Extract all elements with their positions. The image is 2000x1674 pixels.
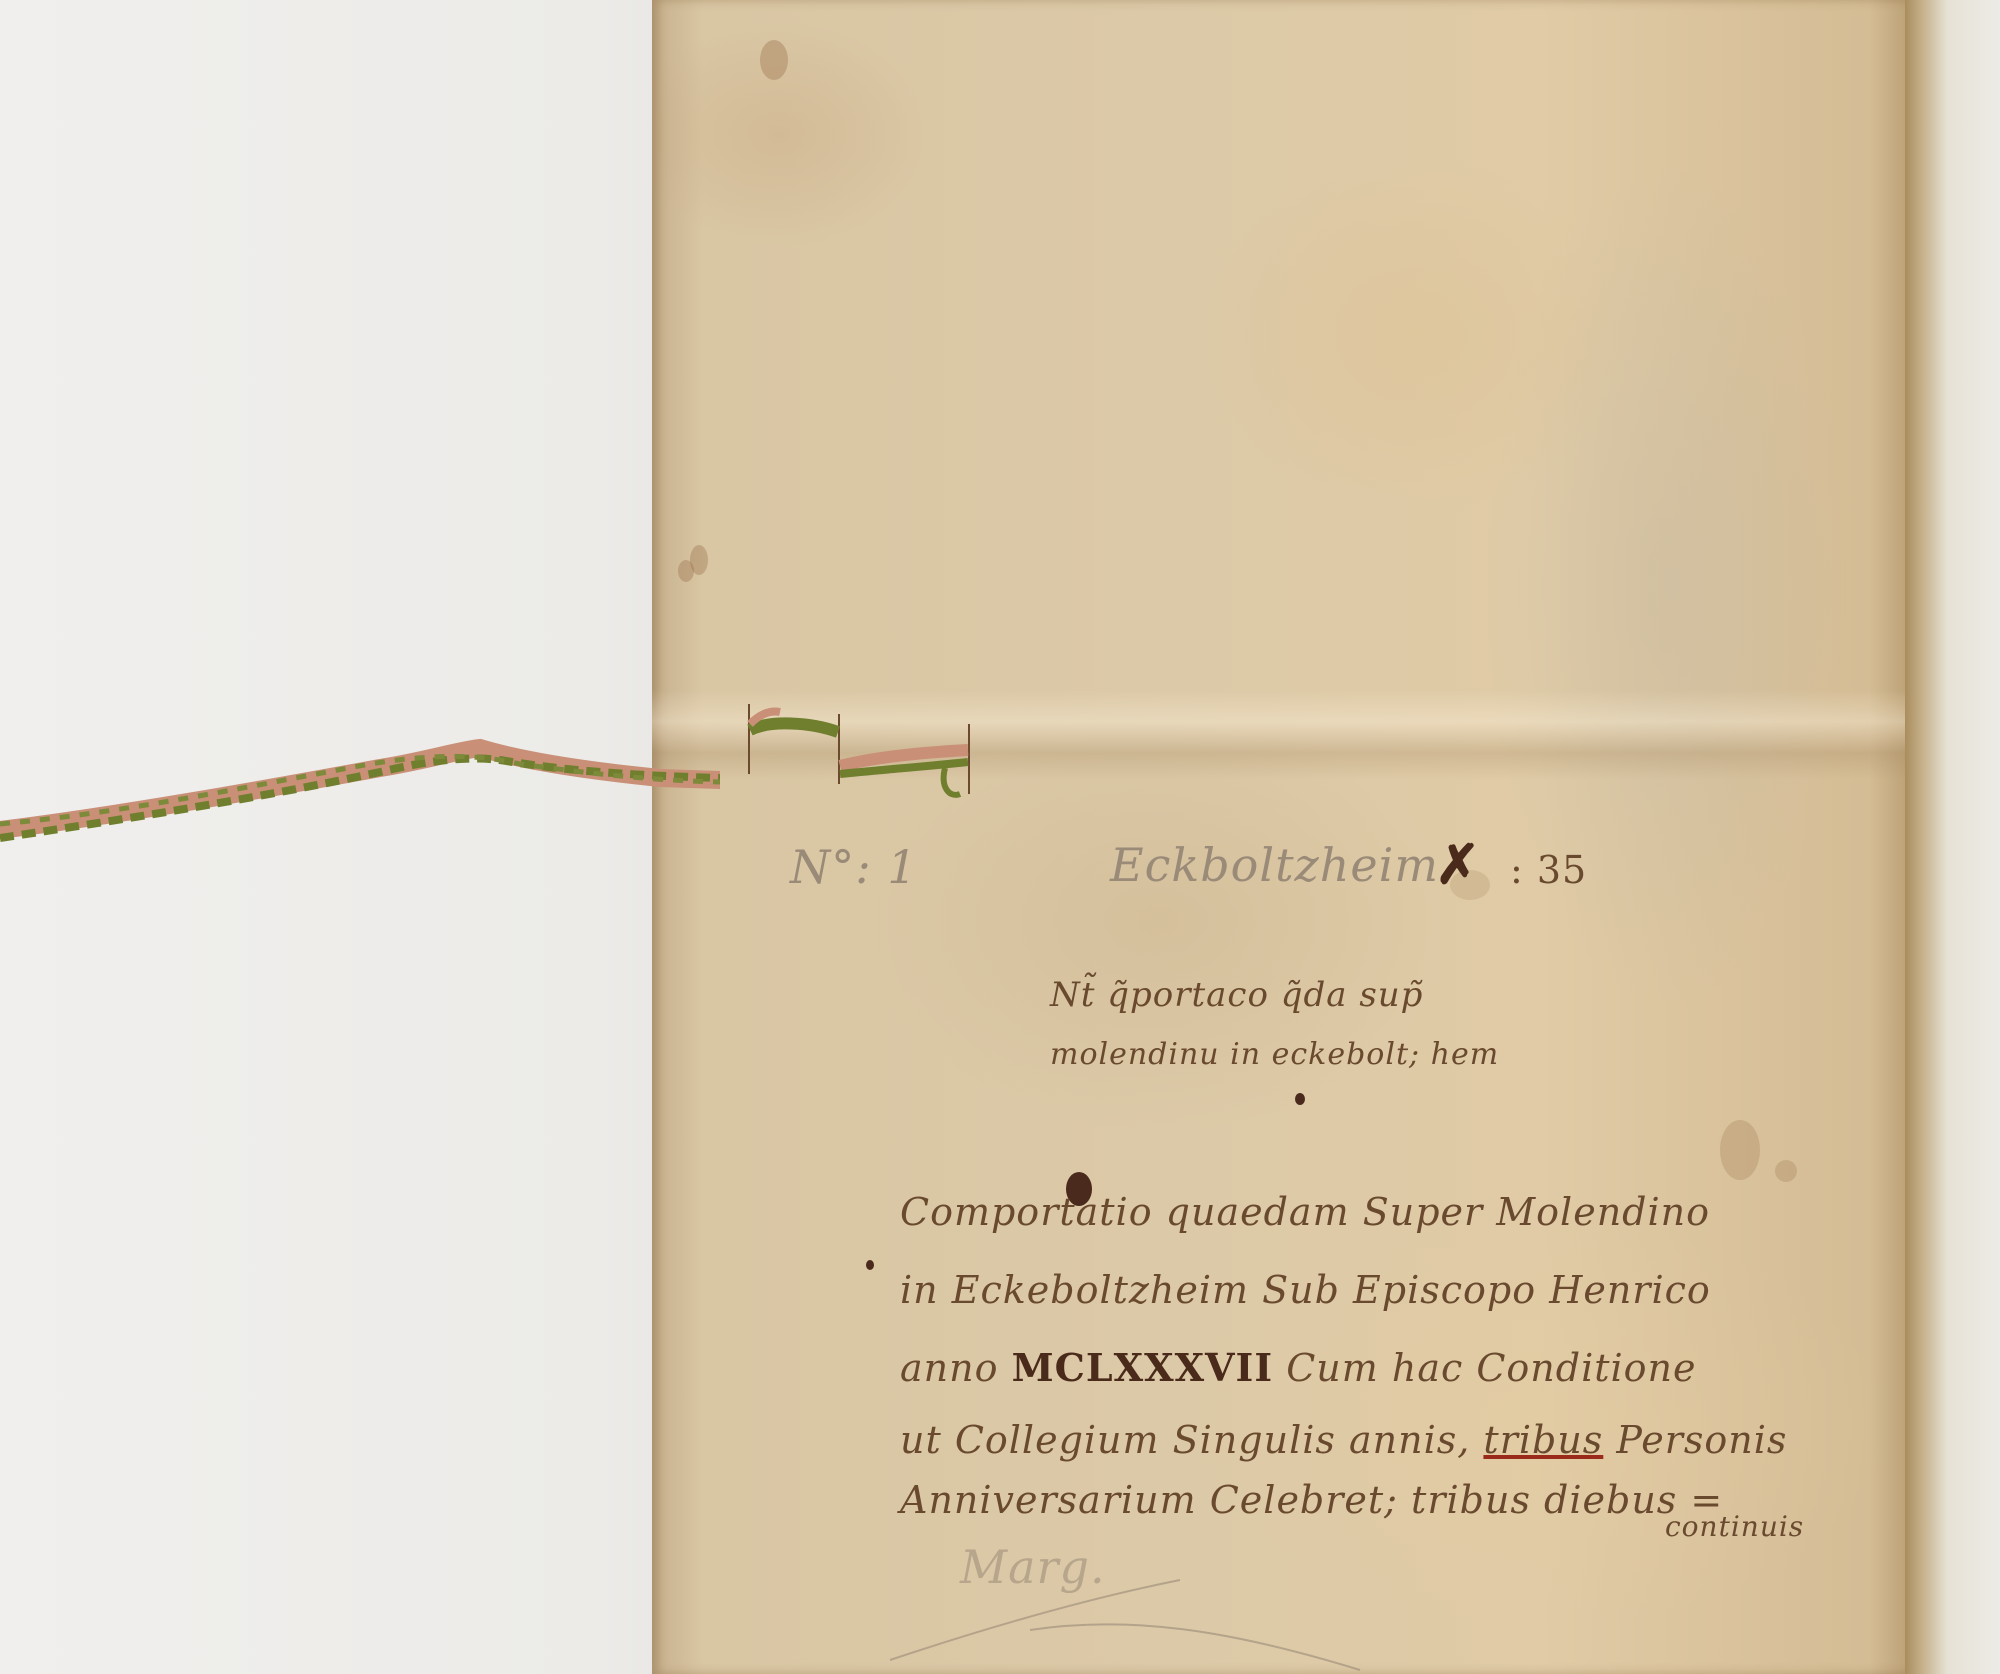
silk-seal-cord xyxy=(0,720,720,870)
shelfmark-number: N°: 1 xyxy=(790,840,918,894)
shelfmark-ref: : 35 xyxy=(1510,848,1587,892)
shelfmark-place: Eckboltzheim xyxy=(1110,838,1439,892)
cord-threaded-through-slits xyxy=(740,700,980,810)
stain xyxy=(1720,1120,1760,1180)
summary-line-1: Comportatio quaedam Super Molendino xyxy=(900,1190,1710,1234)
summary-line-6: continuis xyxy=(1665,1510,1804,1543)
stain xyxy=(1775,1160,1797,1182)
cross-mark: ✗ xyxy=(1435,832,1481,896)
summary-anno: anno xyxy=(900,1346,998,1390)
summary-condition: Cum hac Conditione xyxy=(1286,1346,1696,1390)
medieval-note-line-2: molendinu in eckebolt; hem xyxy=(1050,1037,1499,1072)
ink-blot xyxy=(866,1260,874,1270)
summary-tribus-underlined: tribus xyxy=(1483,1418,1603,1462)
stain xyxy=(760,40,788,80)
summary-line-5: Anniversarium Celebret; tribus diebus = xyxy=(900,1478,1723,1522)
summary-personis: Personis xyxy=(1616,1418,1787,1462)
adjacent-sheet-edge xyxy=(1905,0,2000,1674)
summary-collegium: ut Collegium Singulis annis, xyxy=(900,1418,1470,1462)
stain xyxy=(678,560,694,582)
summary-line-2: in Eckeboltzheim Sub Episcopo Henrico xyxy=(900,1268,1711,1312)
ink-blot xyxy=(1295,1093,1305,1105)
summary-line-4: ut Collegium Singulis annis, tribus Pers… xyxy=(900,1418,1787,1462)
medieval-note-line-1: Nt̃ q̃portaco q̃da sup̃ xyxy=(1050,975,1423,1015)
summary-year: MCLXXXVII xyxy=(1012,1345,1274,1390)
pencil-strokes xyxy=(880,1560,1380,1674)
summary-line-3: anno MCLXXXVII Cum hac Conditione xyxy=(900,1345,1697,1390)
